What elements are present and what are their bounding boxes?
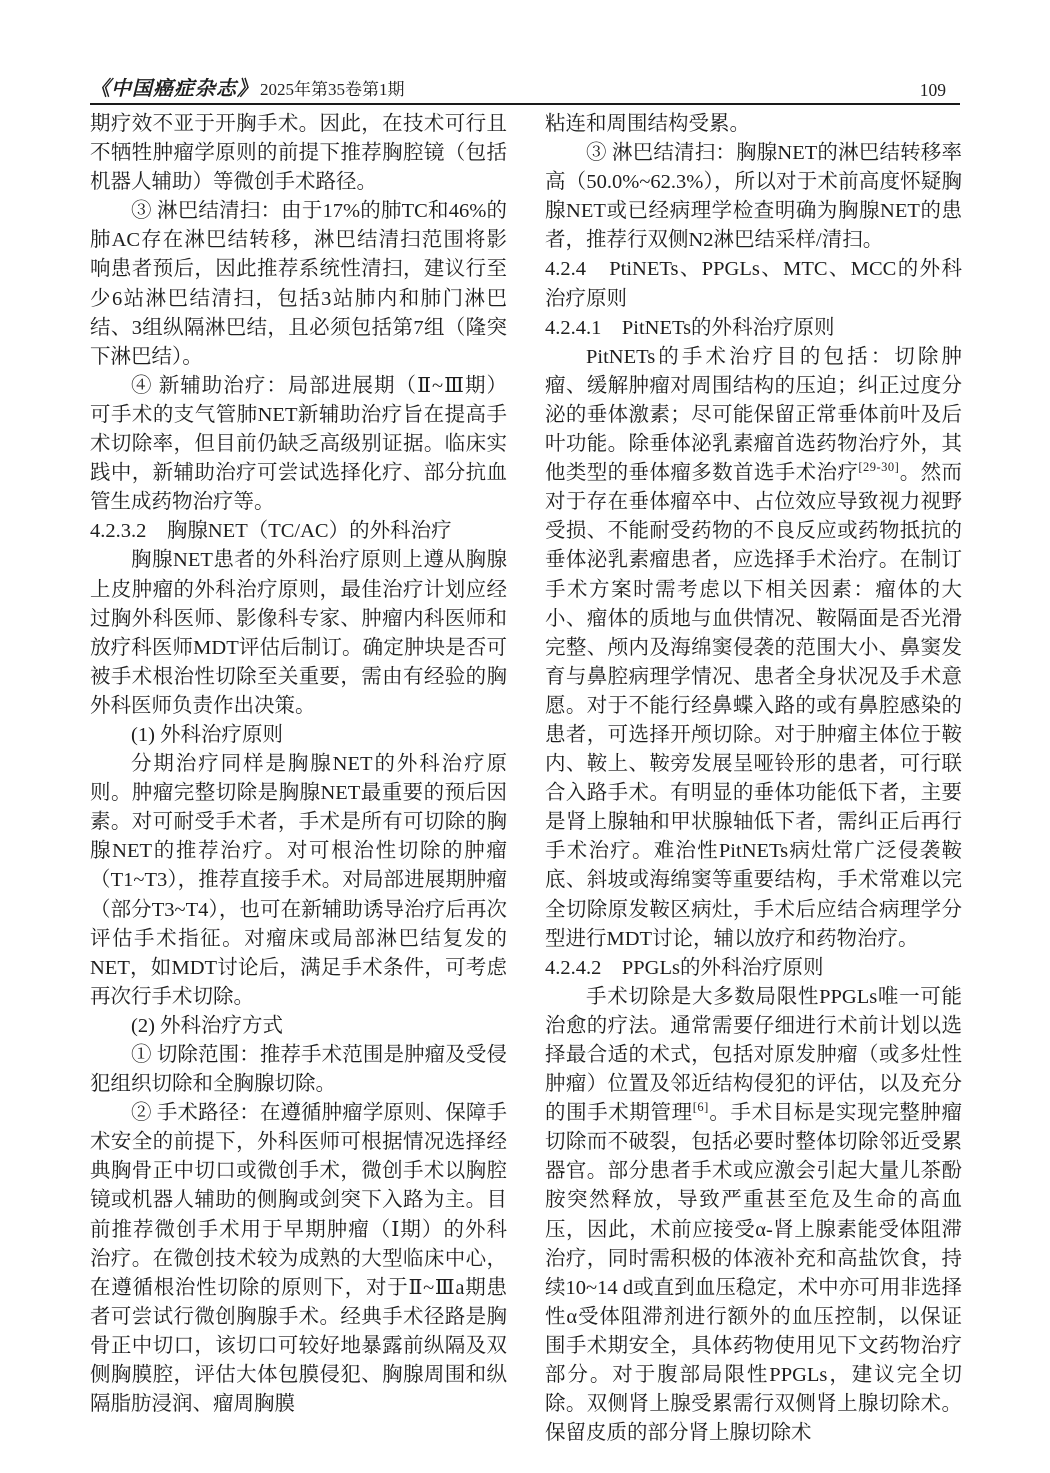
paragraph: 胸腺NET患者的外科治疗原则上遵从胸腺上皮肿瘤的外科治疗原则，最佳治疗计划应经过… (90, 546, 507, 721)
right-column: 粘连和周围结构受累。 ③ 淋巴结清扫：胸腺NET的淋巴结转移率高（50.0%~6… (545, 110, 962, 1448)
section-heading: 4.2.4 PtiNETs、PPGLs、MTC、MCC的外科治疗原则 (545, 255, 962, 313)
list-item: (2) 外科治疗方式 (90, 1012, 507, 1041)
paragraph: ③ 淋巴结清扫：由于17%的肺TC和46%的肺AC存在淋巴结转移，淋巴结清扫范围… (90, 197, 507, 372)
reference-superscript: [6] (693, 1100, 709, 1114)
paragraph: ③ 淋巴结清扫：胸腺NET的淋巴结转移率高（50.0%~62.3%），所以对于术… (545, 139, 962, 255)
header-rule (90, 103, 960, 105)
paragraph: ① 切除范围：推荐手术范围是肿瘤及受侵犯组织切除和全胸腺切除。 (90, 1041, 507, 1099)
paragraph-text: 。手术目标是实现完整肿瘤切除而不破裂，包括必要时整体切除邻近受累器官。部分患者手… (545, 1102, 962, 1444)
header-left: 《中国癌症杂志》 2025年第35卷第1期 (90, 72, 405, 101)
reference-superscript: [29-30] (858, 460, 899, 474)
page-header: 《中国癌症杂志》 2025年第35卷第1期 109 (90, 72, 960, 101)
paragraph: PitNETs的手术治疗目的包括：切除肿瘤、缓解肿瘤对周围结构的压迫；纠正过度分… (545, 343, 962, 954)
section-heading: 4.2.3.2 胸腺NET（TC/AC）的外科治疗 (90, 517, 507, 546)
issue-info: 2025年第35卷第1期 (260, 75, 405, 100)
journal-page: 《中国癌症杂志》 2025年第35卷第1期 109 期疗效不亚于开胸手术。因此，… (0, 0, 1050, 1473)
journal-title: 《中国癌症杂志》 (90, 72, 258, 101)
left-column: 期疗效不亚于开胸手术。因此，在技术可行且不牺牲肿瘤学原则的前提下推荐胸腔镜（包括… (90, 110, 507, 1419)
section-heading: 4.2.4.2 PPGLs的外科治疗原则 (545, 954, 962, 983)
section-heading: 4.2.4.1 PitNETs的外科治疗原则 (545, 314, 962, 343)
list-item: (1) 外科治疗原则 (90, 721, 507, 750)
paragraph: 分期治疗同样是胸腺NET的外科治疗原则。肿瘤完整切除是胸腺NET最重要的预后因素… (90, 750, 507, 1012)
paragraph: ④ 新辅助治疗：局部进展期（Ⅱ~Ⅲ期）可手术的支气管肺NET新辅助治疗旨在提高手… (90, 372, 507, 517)
paragraph: ② 手术路径：在遵循肿瘤学原则、保障手术安全的前提下，外科医师可根据情况选择经典… (90, 1099, 507, 1419)
page-number: 109 (920, 80, 960, 101)
paragraph-text: 。然而对于存在垂体瘤卒中、占位效应导致视力视野受损、不能耐受药物的不良反应或药物… (545, 462, 962, 950)
paragraph: 粘连和周围结构受累。 (545, 110, 962, 139)
paragraph: 手术切除是大多数局限性PPGLs唯一可能治愈的疗法。通常需要仔细进行术前计划以选… (545, 983, 962, 1449)
paragraph: 期疗效不亚于开胸手术。因此，在技术可行且不牺牲肿瘤学原则的前提下推荐胸腔镜（包括… (90, 110, 507, 197)
